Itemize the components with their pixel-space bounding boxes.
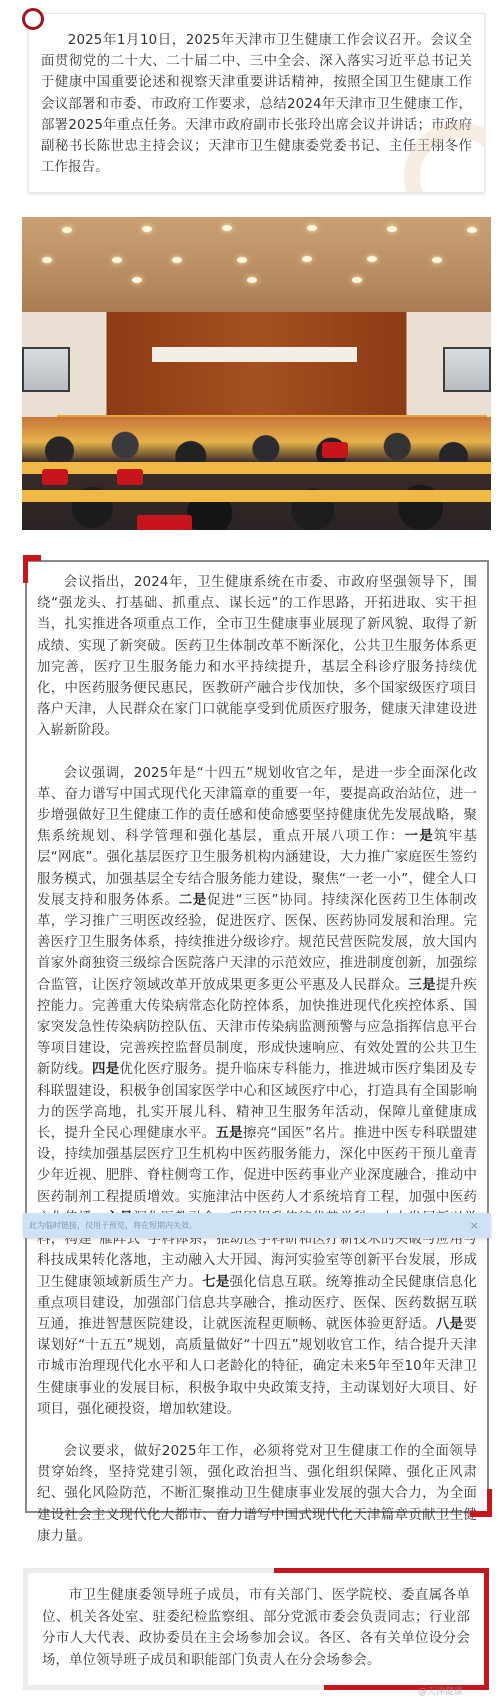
task-marker: 三是 (408, 978, 436, 993)
task-marker: 七是 (202, 1275, 230, 1290)
temporary-link-notice: 此为临时链接，仅用于预览，将在短期内失效。 × (23, 1213, 491, 1238)
red-border-bottom (324, 1685, 489, 1690)
red-border-top (274, 1568, 489, 1573)
red-border-right (484, 1568, 489, 1690)
main-content-card: 会议指出，2024年，卫生健康系统在市委、市政府坚强领导下，围绕“强龙头、打基础… (25, 560, 489, 1513)
close-icon[interactable]: × (470, 1220, 479, 1231)
notice-text: 此为临时链接，仅用于预览，将在短期内失效。 (29, 1220, 197, 1231)
summary-paragraph: 会议指出，2024年，卫生健康系统在市委、市政府坚强领导下，围绕“强龙头、打基础… (37, 572, 477, 742)
conference-photo (22, 217, 491, 530)
task-marker: 二是 (179, 893, 207, 908)
task-marker: 一是 (405, 829, 434, 844)
attendees-card: 市卫生健康委领导班子成员，市有关部门、医学院校、委直属各单位、机关各处室、驻委纪… (23, 1568, 489, 1690)
intro-card: 2025年1月10日，2025年天津市卫生健康工作会议召开。会议全面贯彻党的二十… (28, 13, 485, 193)
ring-icon (22, 8, 44, 30)
task-marker: 八是 (436, 1317, 464, 1332)
requirements-paragraph: 会议要求，做好2025年工作，必须将党对卫生健康工作的全面领导贯穿始终，坚持党建… (37, 1441, 477, 1547)
corner-decoration-bottom-right (470, 1489, 492, 1517)
corner-decoration-top-left (23, 555, 41, 583)
watermark: @天津健康 (418, 1684, 463, 1697)
task-marker: 五是 (215, 1126, 242, 1141)
attendees-paragraph: 市卫生健康委领导班子成员，市有关部门、医学院校、委直属各单位、机关各处室、驻委纪… (42, 1585, 470, 1671)
tasks-paragraph: 会议强调，2025年是“十四五”规划收官之年，是进一步全面深化改革、奋力谱写中国… (37, 763, 477, 1420)
task-marker: 四是 (92, 1062, 120, 1077)
